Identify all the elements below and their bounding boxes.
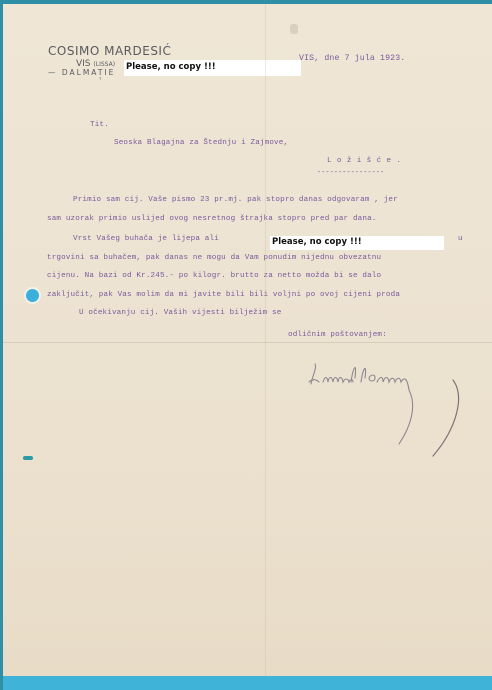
letterhead-region: — DALMATIE: [48, 68, 115, 77]
watermark-banner-top: Please, no copy !!!: [124, 60, 301, 76]
handwritten-signature: [303, 356, 483, 466]
body-p3-line1: U očekivanju cij. Vaših vijesti bilježim…: [79, 309, 281, 317]
body-p2-line1-end: u: [458, 235, 463, 243]
body-p2-line3: cijenu. Na bazi od Kr.245.- po kilogr. b…: [47, 272, 381, 280]
recipient-underline: ----------------: [317, 169, 384, 177]
letterhead-name: COSIMO MARDESIĆ: [48, 44, 171, 58]
letterhead-city-alt: (LISSA): [93, 61, 115, 68]
recipient-name: Seoska Blagajna za Štednju i Zajmove,: [114, 139, 288, 147]
body-p2-line1-start: Vrst Vašeg buhača je lijepa ali: [73, 235, 219, 243]
blue-dot-marker: [26, 289, 39, 302]
body-p2-line4: zaključit, pak Vas molim da mi javite bi…: [47, 291, 400, 299]
body-p2-line2: trgovini sa buhačem, pak danas ne mogu d…: [47, 254, 381, 262]
paper-smudge: [290, 24, 298, 34]
recipient-place: L o ž i š ć e .: [327, 157, 401, 165]
letterhead-ornament: ᵀ: [99, 77, 101, 84]
letter-paper: COSIMO MARDESIĆ VIS (LISSA) — DALMATIE ᵀ…: [3, 4, 492, 676]
closing-line: odličnim poštovanjem:: [288, 331, 387, 339]
watermark-banner-body: Please, no copy !!!: [270, 236, 444, 250]
body-p1-line1: Primio sam cij. Vaše pismo 23 pr.mj. pak…: [73, 196, 398, 204]
body-p1-line2: sam uzorak primio uslijed ovog nesretnog…: [47, 215, 377, 223]
letterhead: COSIMO MARDESIĆ VIS (LISSA) — DALMATIE ᵀ: [48, 44, 171, 58]
salutation: Tit.: [90, 121, 109, 129]
blue-tick-marker: [23, 456, 33, 460]
date-line: VIS, dne 7 jula 1923.: [299, 54, 405, 63]
